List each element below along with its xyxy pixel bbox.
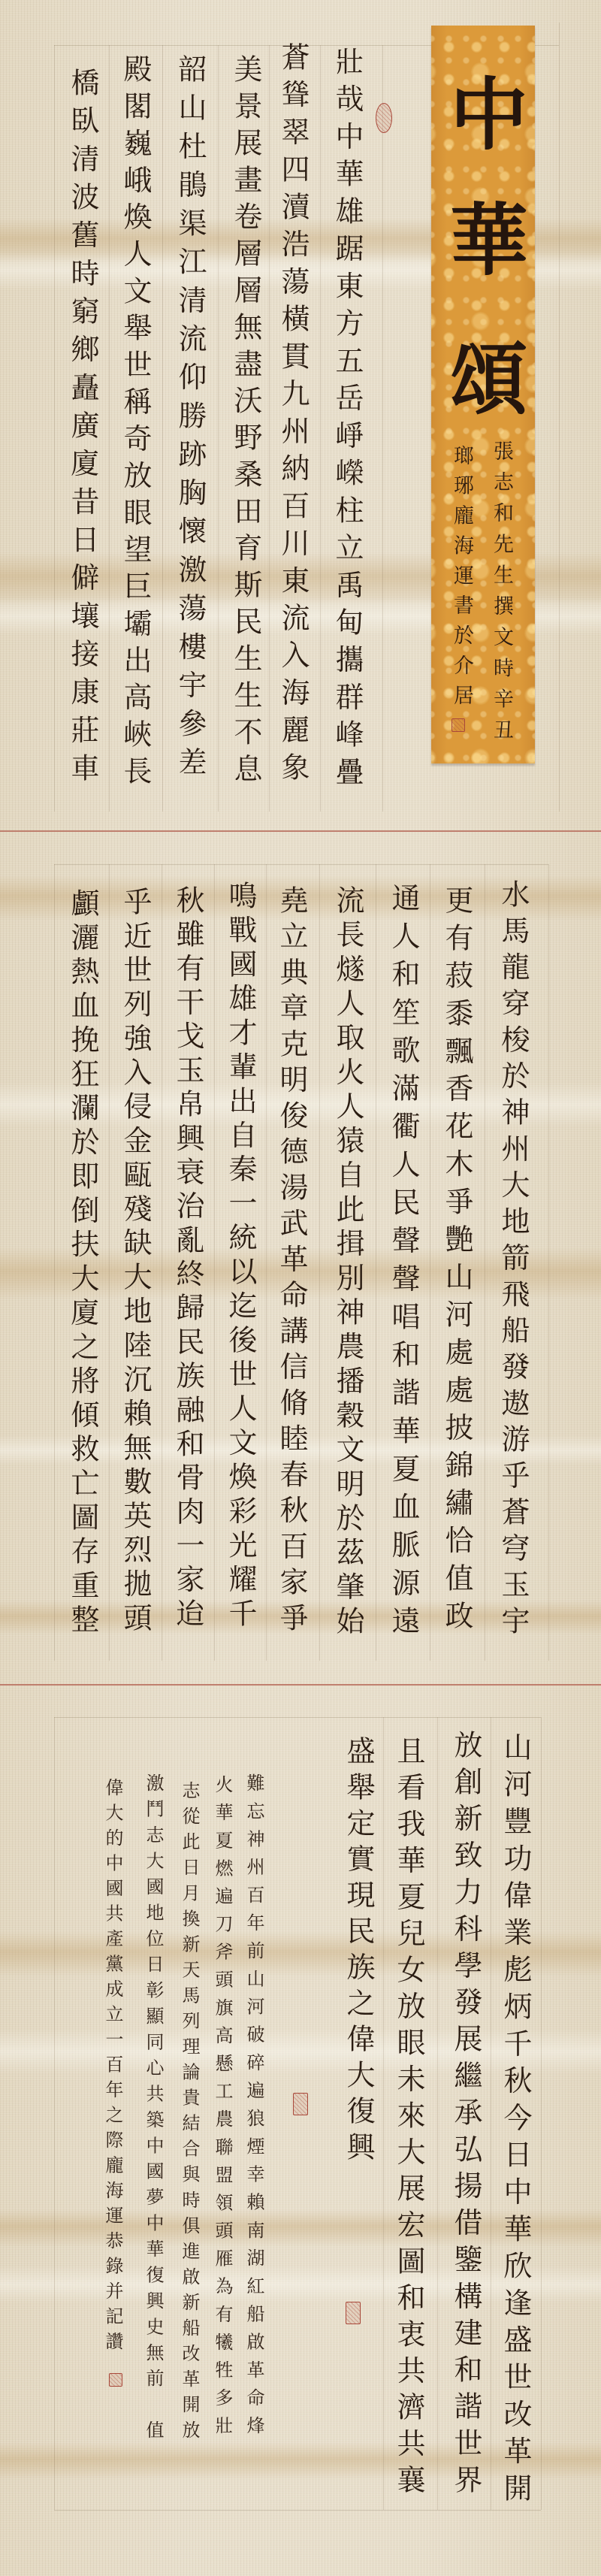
frame-rule <box>54 864 548 865</box>
column-rule <box>54 1717 55 2510</box>
seal-stamp-icon <box>346 2302 361 2324</box>
text-column: 美景展畫卷層層無盡沃野桑田育斯民生生不息 <box>229 54 262 791</box>
column-rule <box>54 45 55 812</box>
column-rule <box>559 23 560 812</box>
calligraphy-scroll: 中 華 頌 張志和先生撰文時辛丑 瑯琊龐海運書於介居 壯哉中華雄踞東方五岳崢嶸柱… <box>0 0 601 2576</box>
text-column: 水馬龍穿梭於神州大地箭飛船發遨游乎蒼穹玉宇 <box>497 879 530 1642</box>
title-char: 中 <box>444 70 534 160</box>
title-char: 華 <box>444 195 534 286</box>
column-rule <box>319 864 320 1661</box>
title-strip: 中 華 頌 張志和先生撰文時辛丑 瑯琊龐海運書於介居 <box>431 26 535 763</box>
text-column: 流長燧人取火人猿自此揖別神農播穀文明於茲肇始 <box>331 885 364 1640</box>
author-credit: 張志和先生撰文時辛丑 <box>488 440 514 750</box>
column-rule <box>214 864 215 1661</box>
column-rule <box>383 1717 384 2510</box>
column-rule <box>269 45 270 812</box>
column-rule <box>541 1717 542 2510</box>
text-column: 乎近世列強入侵金甌殘缺大地陸沉賴無數英烈拋頭 <box>119 887 152 1637</box>
text-column: 壯哉中華雄踞東方五岳崢嶸柱立禹甸攜群峰疊 <box>331 47 364 792</box>
text-column: 山河豐功偉業彪炳千秋今日中華欣逢盛世改革開 <box>499 1732 532 2510</box>
column-rule <box>485 864 485 1661</box>
column-rule <box>382 45 383 812</box>
postscript-column: 激鬥志大國地位日彰顯同心共築中國夢中華復興史無前 值 <box>142 1773 165 2446</box>
column-rule <box>109 45 110 812</box>
text-column: 盛舉定實現民族之偉大復興 <box>342 1736 375 2167</box>
section-divider <box>0 830 601 832</box>
calligrapher-credit: 瑯琊龐海運書於介居 <box>448 445 474 714</box>
seal-stamp-icon <box>109 2373 122 2387</box>
column-rule <box>162 45 163 812</box>
column-rule <box>548 864 549 1661</box>
postscript-column: 火華夏燃遍刀斧頭旗高懸工農聯盟領頭雁為有犧牲多壯 <box>211 1775 234 2444</box>
column-rule <box>218 45 219 812</box>
postscript-column: 偉大的中國共產黨成立一百年之際龐海運恭錄并記讚 <box>101 1778 124 2357</box>
column-rule <box>376 864 376 1661</box>
seal-stamp-icon <box>452 718 465 732</box>
seal-stamp-icon <box>376 103 392 133</box>
seal-stamp-icon <box>293 2093 308 2115</box>
text-column: 且看我華夏兒女放眼未來大展宏圖和衷共濟共襄 <box>392 1736 425 2501</box>
text-column: 鳴戰國雄才輩出自秦一統以迄後世人文煥彩光耀千 <box>224 881 257 1632</box>
text-column: 放創新致力科學發展繼承弘揚借鑒構建和諧世界 <box>449 1730 482 2501</box>
text-column: 通人和笙歌滿衢人民聲聲唱和諧華夏血脈源遠 <box>387 883 420 1642</box>
column-rule <box>491 1717 491 2510</box>
column-rule <box>54 864 55 1661</box>
text-column: 殿閣巍峨煥人文舉世稱奇放眼望巨壩出高峽長 <box>119 54 152 793</box>
text-column: 蒼聳翠四瀆浩蕩橫貫九州納百川東流入海麗象 <box>276 42 310 788</box>
column-rule <box>430 864 430 1661</box>
column-rule <box>266 864 267 1661</box>
text-column: 堯立典章克明俊德湯武革命講信脩睦春秋百家爭 <box>275 885 308 1638</box>
column-rule <box>320 45 321 812</box>
frame-rule <box>54 2510 541 2511</box>
postscript-column: 志從此日月換新天馬列理論貴結合與時俱進啟新船改革開放 <box>178 1781 201 2446</box>
column-rule <box>109 864 110 1661</box>
text-column: 秋雖有干戈玉帛興衰治亂終歸民族融和骨肉一家迨 <box>171 885 204 1632</box>
text-column: 韶山杜鵑渠江清流仰勝跡胸懷激蕩樓宇參差 <box>174 54 207 785</box>
text-column: 更有菽黍飄香花木爭艷山河處處披錦繡恰值政 <box>440 885 473 1638</box>
column-rule <box>437 1717 438 2510</box>
frame-rule <box>54 1717 541 1718</box>
text-column: 顱灑熱血挽狂瀾於即倒扶大廈之將傾救亡圖存重整 <box>66 888 99 1638</box>
section-divider <box>0 1684 601 1686</box>
text-column: 橋臥清波舊時窮鄉矗廣廈昔日僻壤接康莊車 <box>66 68 99 791</box>
postscript-column: 難忘神州百年前山河破碎遍狼煙幸賴南湖紅船啟革命烽 <box>243 1773 265 2442</box>
title-char: 頌 <box>444 334 534 425</box>
column-rule <box>162 864 162 1661</box>
